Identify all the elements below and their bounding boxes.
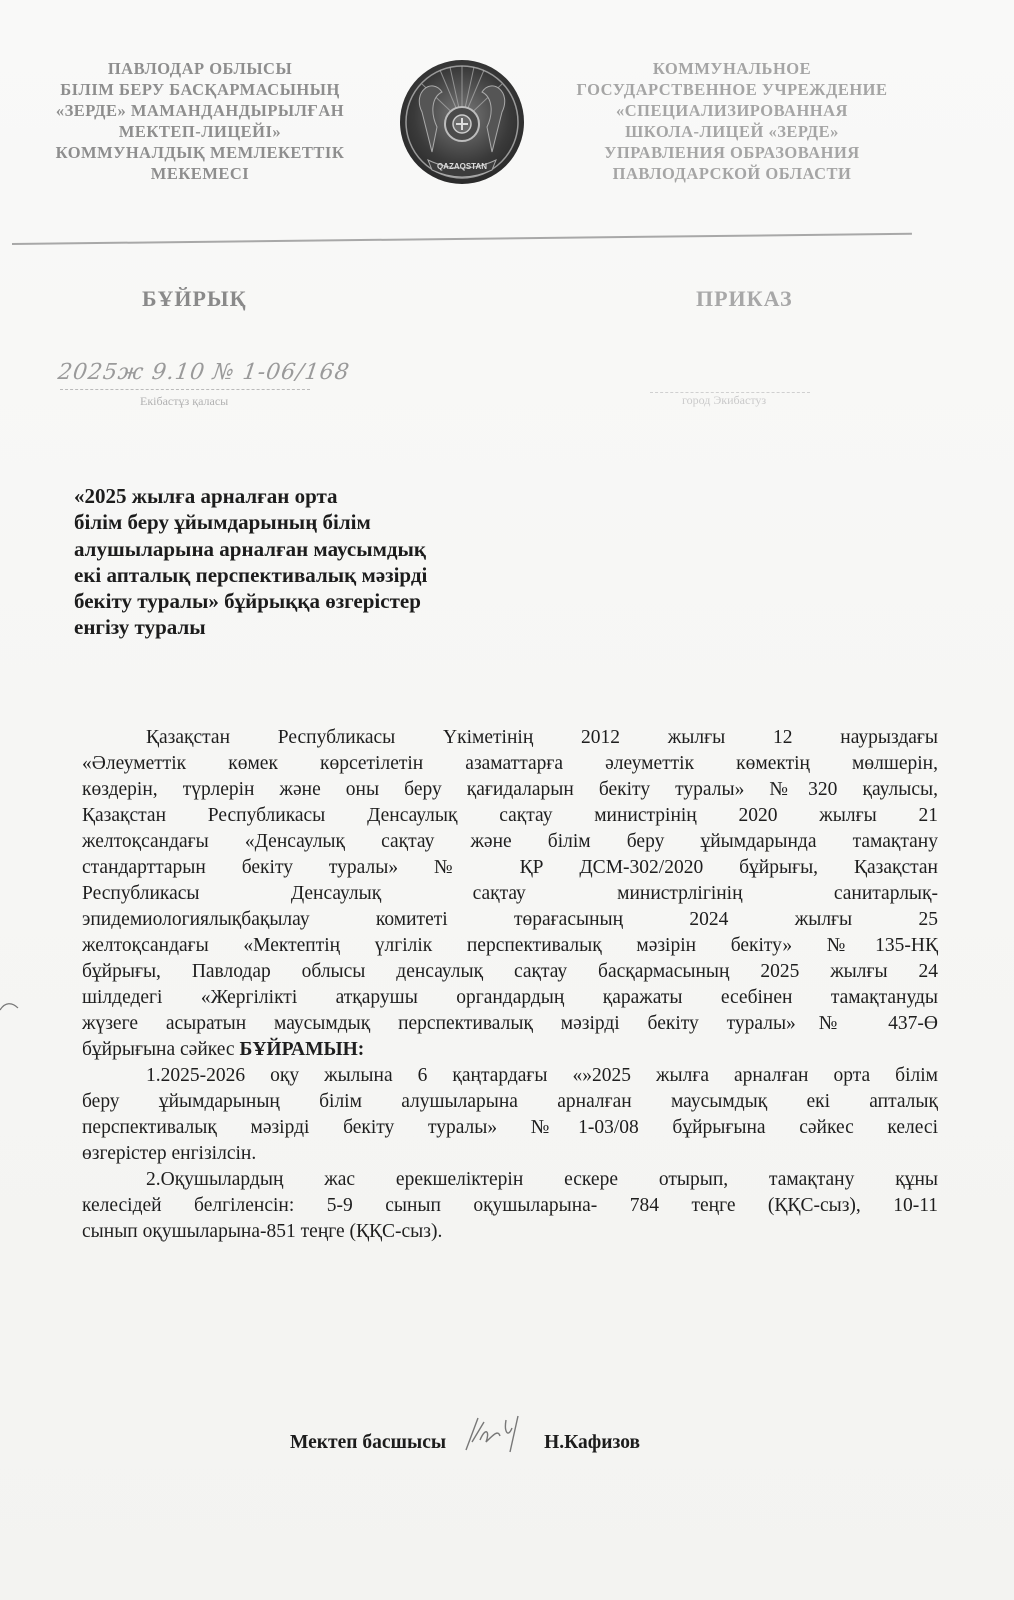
header-ru: КОММУНАЛЬНОЕ ГОСУДАРСТВЕННОЕ УЧРЕЖДЕНИЕ … [552,58,912,184]
body-line: 2.Оқушылардың жас ерекшеліктерін ескере … [82,1167,938,1193]
header-ru-line: УПРАВЛЕНИЯ ОБРАЗОВАНИЯ [552,142,912,163]
document-body: Қазақстан Республикасы Үкіметінің 2012 ж… [82,725,938,1245]
header-ru-line: «СПЕЦИАЛИЗИРОВАННАЯ [552,100,912,121]
header-kz-line: ПАВЛОДАР ОБЛЫСЫ [30,58,370,79]
body-line: өзгерістер енгізілсін. [82,1141,938,1167]
doc-type-kz: БҰЙРЫҚ [142,286,247,312]
body-line: стандарттарын бекіту туралы» № ҚР ДСМ-30… [82,855,938,881]
body-line: сынып оқушыларына-851 теңге (ҚҚС-сыз). [82,1219,938,1245]
body-line: бұйрығына сәйкес БҰЙРАМЫН: [82,1037,938,1063]
header-ru-line: КОММУНАЛЬНОЕ [552,58,912,79]
signatory-name: Н.Кафизов [544,1432,640,1454]
body-line: желтоқсандағы «Денсаулық сақтау және біл… [82,829,938,855]
title-line: «2025 жылға арналған орта [74,483,514,509]
body-line: Қазақстан Республикасы Үкіметінің 2012 ж… [82,725,938,751]
header-kz-line: МЕКТЕП-ЛИЦЕЙІ» [30,121,370,142]
item-1: 1.2025-2026 оқу жылына 6 қаңтардағы «»20… [82,1063,938,1167]
header-kz-line: БІЛІМ БЕРУ БАСҚАРМАСЫНЫҢ [30,79,370,100]
header-ru-line: ПАВЛОДАРСКОЙ ОБЛАСТИ [552,163,912,184]
header-kz-line: «ЗЕРДЕ» МАМАНДАНДЫРЫЛҒАН [30,100,370,121]
title-line: бекіту туралы» бұйрыққа өзгерістер [74,588,514,614]
preamble-final: бұйрығына сәйкес [82,1039,239,1060]
document-page: ПАВЛОДАР ОБЛЫСЫ БІЛІМ БЕРУ БАСҚАРМАСЫНЫҢ… [0,0,1014,1600]
body-line: 1.2025-2026 оқу жылына 6 қаңтардағы «»20… [82,1063,938,1089]
preamble: Қазақстан Республикасы Үкіметінің 2012 ж… [82,725,938,1063]
order-word: БҰЙРАМЫН: [239,1039,364,1060]
item-2: 2.Оқушылардың жас ерекшеліктерін ескере … [82,1167,938,1245]
body-line: Қазақстан Республикасы Денсаулық сақтау … [82,803,938,829]
header-kz-line: КОММУНАЛДЫҚ МЕМЛЕКЕТТІК [30,142,370,163]
state-emblem-icon: QAZAQSTAN [392,52,532,192]
title-line: екі апталық перспективалық мәзірді [74,562,514,588]
body-line: көздерін, түрлерін және оны беру қағидал… [82,777,938,803]
body-line: келесідей белгіленсін: 5-9 сынып оқушыла… [82,1193,938,1219]
body-line: перспективалық мәзірді бекіту туралы» №1… [82,1115,938,1141]
body-line: шілдедегі «Жергілікті атқарушы органдард… [82,985,938,1011]
svg-text:QAZAQSTAN: QAZAQSTAN [437,162,487,171]
body-line: эпидемиологиялықбақылау комитеті төрағас… [82,907,938,933]
header-kz-line: МЕКЕМЕСІ [30,163,370,184]
margin-mark-icon [0,1000,20,1014]
header-divider [12,233,912,245]
body-line: бұйрығы, Павлодар облысы денсаулық сақта… [82,959,938,985]
title-line: алушыларына арналған маусымдық [74,536,514,562]
body-line: «Әлеуметтік көмек көрсетілетін азаматтар… [82,751,938,777]
doc-type-ru: ПРИКАЗ [696,286,793,312]
document-title: «2025 жылға арналған орта білім беру ұйы… [74,483,514,641]
header-ru-line: ГОСУДАРСТВЕННОЕ УЧРЕЖДЕНИЕ [552,79,912,100]
header-kz: ПАВЛОДАР ОБЛЫСЫ БІЛІМ БЕРУ БАСҚАРМАСЫНЫҢ… [30,58,370,184]
city-ru: город Экибастуз [682,393,766,408]
body-line: Республикасы Денсаулық сақтау министрліг… [82,881,938,907]
signature-block: Мектеп басшысы Н.Кафизов [290,1404,640,1454]
title-line: білім беру ұйымдарының білім [74,509,514,535]
handwritten-signature-icon [460,1412,530,1456]
signatory-position: Мектеп басшысы [290,1432,446,1454]
body-line: жүзеге асыратын маусымдық перспективалық… [82,1011,938,1037]
city-kz: Екібастұз қаласы [140,394,228,409]
body-line: беру ұйымдарының білім алушыларына арнал… [82,1089,938,1115]
registration-underline [60,389,310,391]
header-ru-line: ШКОЛА-ЛИЦЕЙ «ЗЕРДЕ» [552,121,912,142]
registration-handwritten: 2025ж 9.10 № 1-06/168 [56,360,351,385]
title-line: енгізу туралы [74,614,514,640]
body-line: желтоқсандағы «Мектептің үлгілік перспек… [82,933,938,959]
